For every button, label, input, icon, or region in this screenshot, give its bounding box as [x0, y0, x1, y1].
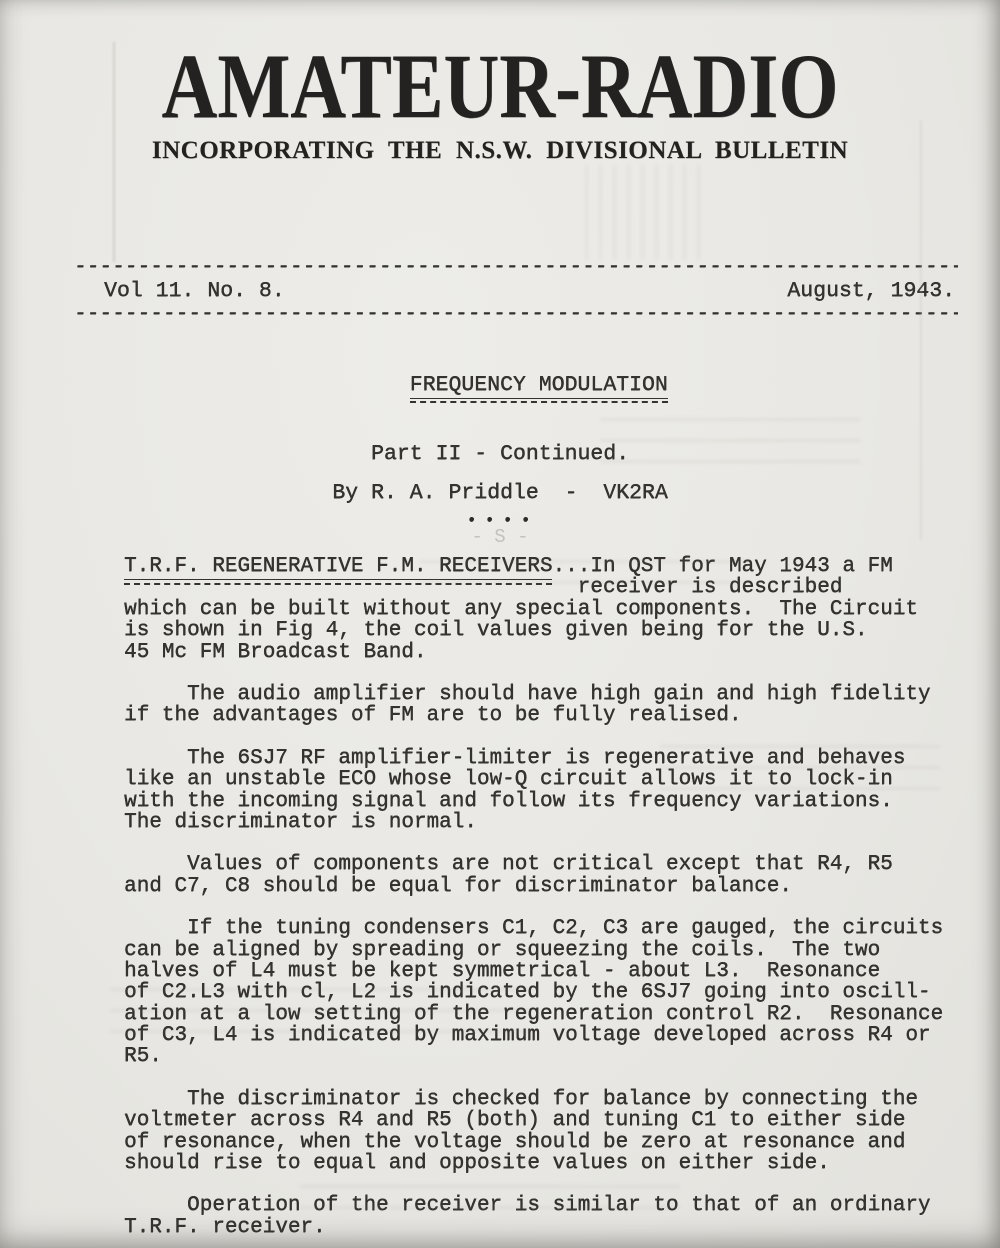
text-line: of C2.L3 with cl, L2 is indicated by the…	[124, 982, 972, 1003]
paragraph: The audio amplifier should have high gai…	[124, 684, 972, 727]
dashed-rule-top: ----------------------------------------…	[74, 257, 958, 278]
article-title: FREQUENCY MODULATION	[410, 374, 668, 403]
paragraph: The 6SJ7 RF amplifier-limiter is regener…	[124, 748, 972, 834]
text-line: The 6SJ7 RF amplifier-limiter is regener…	[124, 748, 972, 769]
ghost-page-number: - S -	[0, 528, 1000, 547]
text-line: of C3, L4 is indicated by maximum voltag…	[124, 1025, 972, 1046]
text-line: The discriminator is checked for balance…	[124, 1089, 972, 1110]
article-title-line: FREQUENCY MODULATION	[0, 349, 1000, 427]
article-subtitle: Part II - Continued.	[0, 442, 1000, 466]
issue-date: August, 1943.	[787, 279, 955, 303]
dashed-rule-bottom: ----------------------------------------…	[74, 304, 958, 325]
text-line: ation at a low setting of the regenerati…	[124, 1004, 972, 1025]
text-line: if the advantages of FM are to be fully …	[124, 705, 972, 726]
article-head: FREQUENCY MODULATION Part II - Continued…	[0, 349, 1000, 547]
text-line: should rise to equal and opposite values…	[124, 1153, 972, 1174]
text-line: T.R.F. REGENERATIVE F.M. RECEIVERS...In …	[124, 556, 972, 577]
text-line: The discriminator is normal.	[124, 812, 972, 833]
text-line: Operation of the receiver is similar to …	[124, 1195, 972, 1216]
scanned-page: AMATEUR-RADIO INCORPORATING THE N.S.W. D…	[0, 0, 1000, 1248]
heading-rest-text: ...In QST for May 1943 a FM	[552, 555, 892, 578]
text-line: R5.	[124, 1046, 972, 1067]
text-line: halves of L4 must be kept symmetrical - …	[124, 961, 972, 982]
text-line: If the tuning condensers C1, C2, C3 are …	[124, 918, 972, 939]
article-body: T.R.F. REGENERATIVE F.M. RECEIVERS...In …	[124, 556, 972, 1238]
text-line: and C7, C8 should be equal for discrimin…	[124, 876, 972, 897]
text-line: Values of components are not critical ex…	[124, 854, 972, 875]
text-line: with the incoming signal and follow its …	[124, 791, 972, 812]
text-line: can be aligned by spreading or squeezing…	[124, 940, 972, 961]
text-line: of resonance, when the voltage should be…	[124, 1132, 972, 1153]
paragraph: Values of components are not critical ex…	[124, 854, 972, 897]
text-line: 45 Mc FM Broadcast Band.	[124, 642, 972, 663]
byline: By R. A. Priddle - VK2RA	[0, 481, 1000, 505]
text-line: The audio amplifier should have high gai…	[124, 684, 972, 705]
text-line: is shown in Fig 4, the coil values given…	[124, 620, 972, 641]
text-line: T.R.F. receiver.	[124, 1217, 972, 1238]
paragraph: If the tuning condensers C1, C2, C3 are …	[124, 918, 972, 1068]
bleedthrough-smudge	[585, 165, 705, 260]
text-line: voltmeter across R4 and R5 (both) and tu…	[124, 1110, 972, 1131]
text-line: which can be built without any special c…	[124, 599, 972, 620]
paragraph: The discriminator is checked for balance…	[124, 1089, 972, 1175]
text-line: receiver is described	[124, 577, 972, 598]
text-line: like an unstable ECO whose low-Q circuit…	[124, 769, 972, 790]
volume-number: Vol 11. No. 8.	[104, 279, 285, 303]
masthead: AMATEUR-RADIO INCORPORATING THE N.S.W. D…	[0, 0, 1000, 165]
masthead-subtitle: INCORPORATING THE N.S.W. DIVISIONAL BULL…	[0, 137, 1000, 165]
issue-row: Vol 11. No. 8. August, 1943.	[104, 279, 955, 303]
paragraph: Operation of the receiver is similar to …	[124, 1195, 972, 1238]
paragraph: T.R.F. REGENERATIVE F.M. RECEIVERS...In …	[124, 556, 972, 663]
masthead-title: AMATEUR-RADIO	[80, 40, 920, 132]
